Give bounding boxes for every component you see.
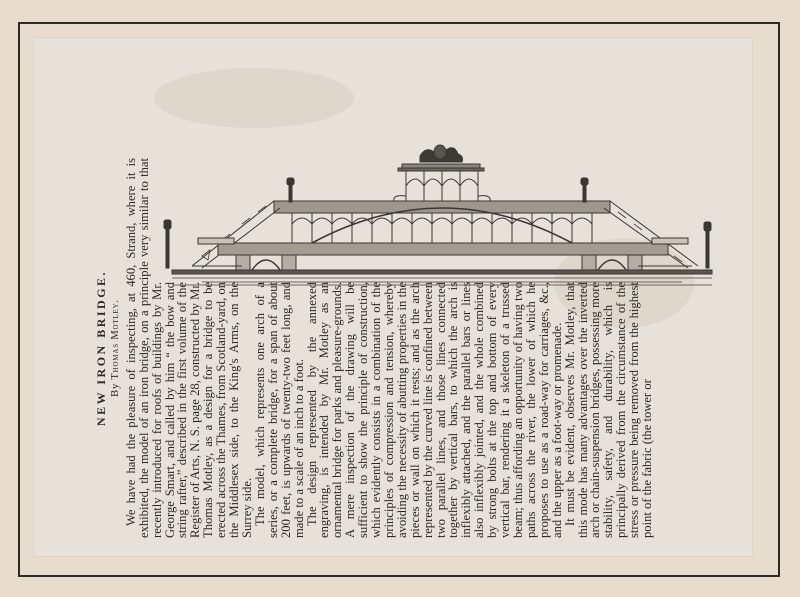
byline-author: Thomas Motley.: [110, 299, 121, 379]
printed-page: NEW IRON BRIDGE. By Thomas Motley. We ha…: [34, 38, 752, 556]
article-byline: By Thomas Motley.: [110, 158, 123, 538]
byline-prefix: By: [110, 380, 121, 397]
crest-icon: [398, 145, 484, 171]
bridge-engraving: [162, 138, 722, 288]
scan-background: NEW IRON BRIDGE. By Thomas Motley. We ha…: [0, 0, 800, 597]
paper-stain: [154, 68, 354, 128]
article-title: NEW IRON BRIDGE.: [95, 158, 108, 538]
